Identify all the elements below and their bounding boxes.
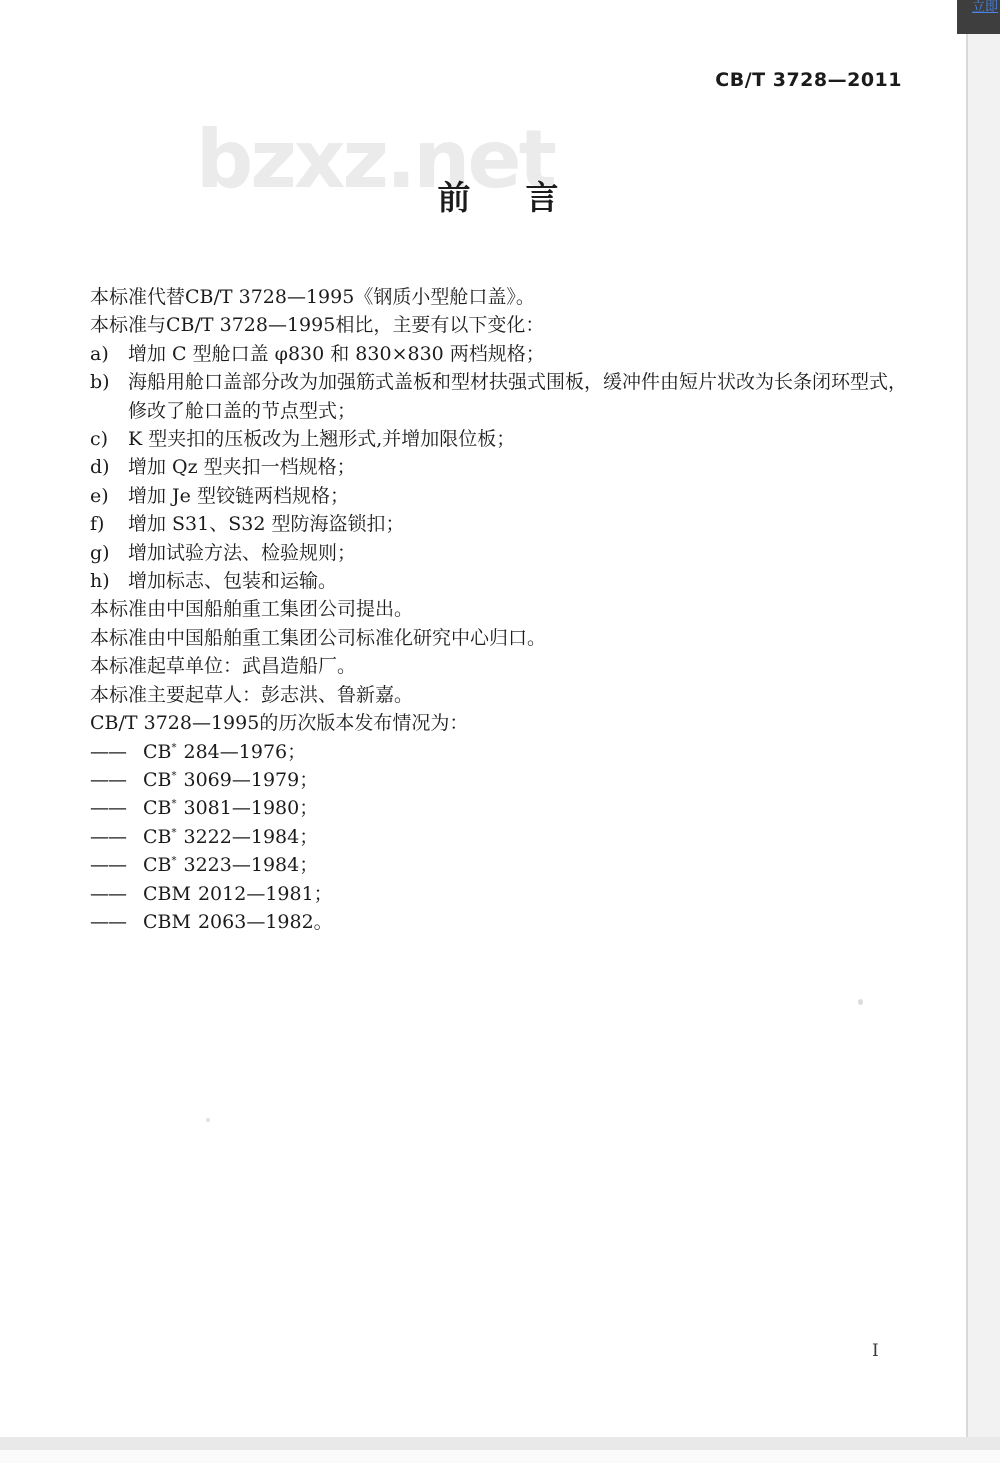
history-item: —— CBM2012—1981； bbox=[90, 880, 906, 908]
foreword-content: 前 言 本标准代替CB/T 3728—1995《钢质小型舱口盖》。 本标准与CB… bbox=[90, 0, 906, 936]
history-org: CBM bbox=[143, 883, 191, 905]
intro-paragraph: 本标准与CB/T 3728—1995相比，主要有以下变化： bbox=[90, 311, 906, 339]
history-org: CB bbox=[143, 741, 172, 763]
dash-marker: —— bbox=[90, 880, 143, 908]
list-marker: e) bbox=[90, 482, 128, 510]
list-marker: f) bbox=[90, 510, 128, 538]
change-text: 修改了舱口盖的节点型式； bbox=[128, 397, 907, 425]
list-marker: g) bbox=[90, 539, 128, 567]
list-marker: h) bbox=[90, 567, 128, 595]
history-superscript: * bbox=[172, 771, 177, 782]
history-item: —— CBM2063—1982。 bbox=[90, 908, 906, 936]
history-item: —— CB*3222—1984； bbox=[90, 823, 906, 851]
change-text: 增加试验方法、检验规则； bbox=[128, 542, 356, 564]
dash-marker: —— bbox=[90, 851, 143, 879]
change-item-c: c) K 型夹扣的压板改为上翘形式,并增加限位板； bbox=[90, 425, 906, 453]
change-item-h: h) 增加标志、包装和运输。 bbox=[90, 567, 906, 595]
scanned-document-page: { "document": { "standard_code": "CB/T 3… bbox=[0, 0, 1000, 1463]
download-link[interactable]: 立即 bbox=[972, 0, 998, 16]
change-text: 海船用舱口盖部分改为加强筋式盖板和型材扶强式围板，缓冲件由短片状改为长条闭环型式… bbox=[128, 368, 907, 396]
change-text: 增加标志、包装和运输。 bbox=[128, 570, 337, 592]
history-org: CB bbox=[143, 854, 172, 876]
scan-edge-bottom bbox=[0, 1437, 1000, 1450]
list-marker: c) bbox=[90, 425, 128, 453]
change-item-d: d) 增加 Qz 型夹扣一档规格； bbox=[90, 453, 906, 481]
history-superscript: * bbox=[172, 799, 177, 810]
change-text: 增加 S31、S32 型防海盗锁扣； bbox=[128, 513, 404, 535]
page-number: I bbox=[872, 1341, 879, 1361]
document-page: bzxz.net CB/T 3728—2011 前 言 本标准代替CB/T 37… bbox=[0, 0, 966, 1437]
corner-overlay-box: 立即 bbox=[957, 0, 1000, 34]
history-item: —— CB*3081—1980； bbox=[90, 794, 906, 822]
dash-marker: —— bbox=[90, 908, 143, 936]
history-superscript: * bbox=[172, 856, 177, 867]
intro-paragraph: 本标准代替CB/T 3728—1995《钢质小型舱口盖》。 bbox=[90, 283, 906, 311]
change-text: 增加 C 型舱口盖 φ830 和 830×830 两档规格； bbox=[128, 343, 545, 365]
history-number: 3223—1984； bbox=[184, 854, 319, 876]
change-item-g: g) 增加试验方法、检验规则； bbox=[90, 539, 906, 567]
history-org: CB bbox=[143, 797, 172, 819]
outro-paragraph: 本标准主要起草人：彭志洪、鲁新嘉。 bbox=[90, 681, 906, 709]
change-text: 增加 Qz 型夹扣一档规格； bbox=[128, 456, 356, 478]
dash-marker: —— bbox=[90, 766, 143, 794]
change-item-e: e) 增加 Je 型铰链两档规格； bbox=[90, 482, 906, 510]
change-text: K 型夹扣的压板改为上翘形式,并增加限位板； bbox=[128, 428, 515, 450]
scan-edge-right bbox=[966, 0, 1000, 1450]
list-marker: a) bbox=[90, 340, 128, 368]
change-item-f: f) 增加 S31、S32 型防海盗锁扣； bbox=[90, 510, 906, 538]
history-superscript: * bbox=[172, 827, 177, 838]
history-org: CB bbox=[143, 769, 172, 791]
page-title: 前 言 bbox=[90, 181, 906, 215]
outro-paragraph: 本标准由中国船舶重工集团公司提出。 bbox=[90, 595, 906, 623]
history-number: 284—1976； bbox=[184, 741, 307, 763]
change-text: 增加 Je 型铰链两档规格； bbox=[128, 485, 349, 507]
history-number: 3081—1980； bbox=[184, 797, 319, 819]
scan-artifact-dot bbox=[206, 1118, 210, 1122]
dash-marker: —— bbox=[90, 738, 143, 766]
list-marker: d) bbox=[90, 453, 128, 481]
outro-paragraph: CB/T 3728—1995的历次版本发布情况为： bbox=[90, 709, 906, 737]
list-marker: b) bbox=[90, 368, 128, 425]
scan-artifact-dot bbox=[858, 999, 863, 1005]
history-number: 3069—1979； bbox=[184, 769, 319, 791]
change-item-b: b) 海船用舱口盖部分改为加强筋式盖板和型材扶强式围板，缓冲件由短片状改为长条闭… bbox=[90, 368, 906, 425]
history-org: CB bbox=[143, 826, 172, 848]
outro-paragraph: 本标准由中国船舶重工集团公司标准化研究中心归口。 bbox=[90, 624, 906, 652]
dash-marker: —— bbox=[90, 823, 143, 851]
history-number: 2012—1981； bbox=[198, 883, 333, 905]
change-item-a: a) 增加 C 型舱口盖 φ830 和 830×830 两档规格； bbox=[90, 340, 906, 368]
history-number: 2063—1982。 bbox=[198, 911, 333, 933]
history-org: CBM bbox=[143, 911, 191, 933]
dash-marker: —— bbox=[90, 794, 143, 822]
outro-paragraph: 本标准起草单位：武昌造船厂。 bbox=[90, 652, 906, 680]
history-item: —— CB*284—1976； bbox=[90, 738, 906, 766]
history-item: —— CB*3069—1979； bbox=[90, 766, 906, 794]
history-item: —— CB*3223—1984； bbox=[90, 851, 906, 879]
history-superscript: * bbox=[172, 742, 177, 753]
history-number: 3222—1984； bbox=[184, 826, 319, 848]
foreword-body: 本标准代替CB/T 3728—1995《钢质小型舱口盖》。 本标准与CB/T 3… bbox=[90, 283, 906, 936]
